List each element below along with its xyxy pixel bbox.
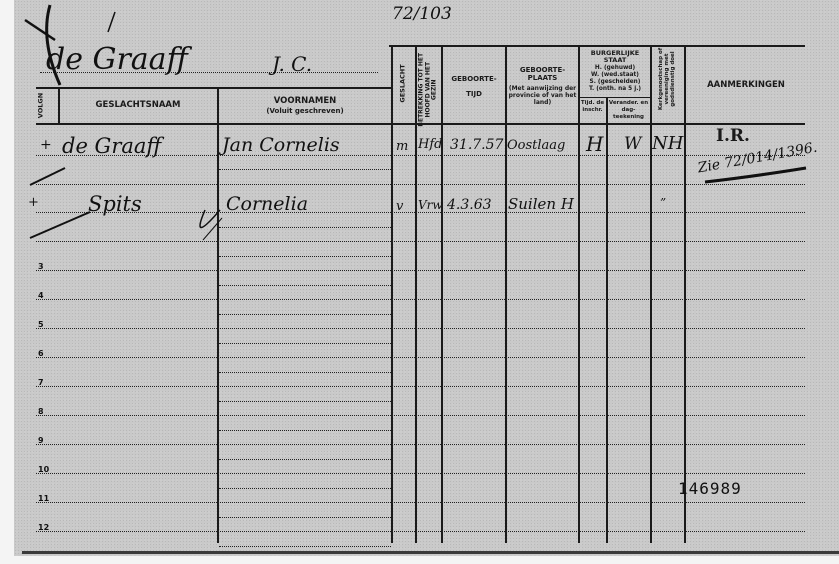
entry-given-names: Cornelia xyxy=(226,193,308,215)
entry-civil-status: H xyxy=(586,132,603,156)
header-voornamen: VOORNAMEN xyxy=(219,96,391,106)
pen-strokes-icon xyxy=(20,0,130,100)
row-line xyxy=(36,502,805,503)
voornamen-sub-line xyxy=(219,285,391,286)
col-line-geboorteplaats xyxy=(578,45,580,543)
header-tijd-inschr: Tijd. de inschr. xyxy=(579,100,606,114)
row-number: 3 xyxy=(38,262,44,271)
header-burgerlijke-staat: BURGERLIJKE STAAT xyxy=(580,50,650,64)
row-line xyxy=(36,328,805,329)
entry-birth-place: Suilen H xyxy=(508,195,574,213)
row-line xyxy=(36,473,805,474)
header-geboorteplaats-1: GEBOORTE- xyxy=(507,66,578,74)
remarks-underline-icon xyxy=(700,162,810,187)
entry-given-names: Jan Cornelis xyxy=(222,134,340,156)
voornamen-sub-line xyxy=(219,256,391,257)
entry-sex: v xyxy=(396,199,403,214)
header-bs-t: T. (onth. na 5 j.) xyxy=(580,86,650,93)
header-bs-h: H. (gehuwd) xyxy=(580,65,650,72)
remarks-stamp: I.R. xyxy=(716,126,750,146)
strikethrough-strokes-icon xyxy=(20,150,230,250)
row-line xyxy=(36,444,805,445)
voornamen-sub-line xyxy=(219,430,391,431)
row-number: 10 xyxy=(38,465,49,474)
voornamen-sub-line xyxy=(219,227,391,228)
row-line xyxy=(36,357,805,358)
row-number: 7 xyxy=(38,378,44,387)
header-geboorteplaats-sub: (Met aanwijzing der provincie of van het… xyxy=(508,85,577,106)
col-line-geboortetijd xyxy=(505,45,507,543)
row-number: 11 xyxy=(38,494,49,503)
burgerlijke-staat-divider xyxy=(578,97,650,98)
header-verander: Verander. en dag-teekening xyxy=(607,100,650,121)
header-geslachtsnaam: GESLACHTSNAAM xyxy=(60,100,216,110)
voornamen-sub-line xyxy=(219,401,391,402)
row-number: 5 xyxy=(38,320,44,329)
voornamen-sub-line xyxy=(219,459,391,460)
voornamen-sub-line xyxy=(219,546,391,547)
voornamen-sub-line xyxy=(219,488,391,489)
voornamen-sub-line xyxy=(219,343,391,344)
header-kerkgenootschap: Kerkgenootschap of vereeniging met godsd… xyxy=(658,40,676,118)
entry-religion: ” xyxy=(660,196,666,210)
header-geboorteplaats-2: PLAATS xyxy=(507,74,578,82)
row-line xyxy=(36,415,805,416)
row-number: 12 xyxy=(38,523,49,532)
row-line xyxy=(36,270,805,271)
header-bs-w: W. (wed.staat) xyxy=(580,72,650,79)
header-geboortetijd-1: GEBOORTE- xyxy=(443,75,505,83)
card-number: 72/103 xyxy=(392,4,452,24)
header-top-line-right xyxy=(389,45,805,47)
col-line-kerkgenootschap xyxy=(684,45,686,543)
entry-relation: Vrw xyxy=(418,198,443,212)
header-voornamen-sub: (Voluit geschreven) xyxy=(219,107,391,115)
header-volgn: VOLGN xyxy=(38,91,45,121)
entry-birth-date: 31.7.57 xyxy=(450,137,503,153)
voornamen-sub-line xyxy=(219,372,391,373)
archive-number: 146989 xyxy=(678,479,742,498)
entry-birth-date: 4.3.63 xyxy=(447,197,492,213)
voornamen-sub-line xyxy=(219,517,391,518)
header-geboortetijd-2: TIJD xyxy=(443,90,505,98)
row-number: 4 xyxy=(38,291,44,300)
row-number: 9 xyxy=(38,436,44,445)
voornamen-sub-line xyxy=(219,169,391,170)
entry-religion: NH xyxy=(652,133,683,154)
col-line-voornamen xyxy=(391,45,393,543)
row-number: 6 xyxy=(38,349,44,358)
entry-birth-place: Oostlaag xyxy=(507,138,565,153)
entry-sex: m xyxy=(396,139,408,154)
voornamen-sub-line xyxy=(219,314,391,315)
col-line-burgerlijke-staat xyxy=(650,45,652,543)
col-line-tijd-inschr xyxy=(606,98,608,543)
row-line xyxy=(36,299,805,300)
row-line xyxy=(36,531,805,532)
header-betrekking: BETREKKING TOT HET HOOFD VAN HET GEZIN xyxy=(418,51,438,129)
row-number: 8 xyxy=(38,407,44,416)
header-bs-s: S. (gescheiden) xyxy=(580,79,650,86)
col-line-betrekking xyxy=(441,45,443,543)
entry-civil-change: W xyxy=(624,134,641,154)
row-line xyxy=(36,386,805,387)
card-edge xyxy=(22,551,839,554)
header-geslacht: GESLACHT xyxy=(400,44,407,124)
header-top-line-left xyxy=(36,87,391,89)
header-aanmerkingen: AANMERKINGEN xyxy=(686,80,806,90)
entry-relation: Hfd xyxy=(418,137,442,152)
